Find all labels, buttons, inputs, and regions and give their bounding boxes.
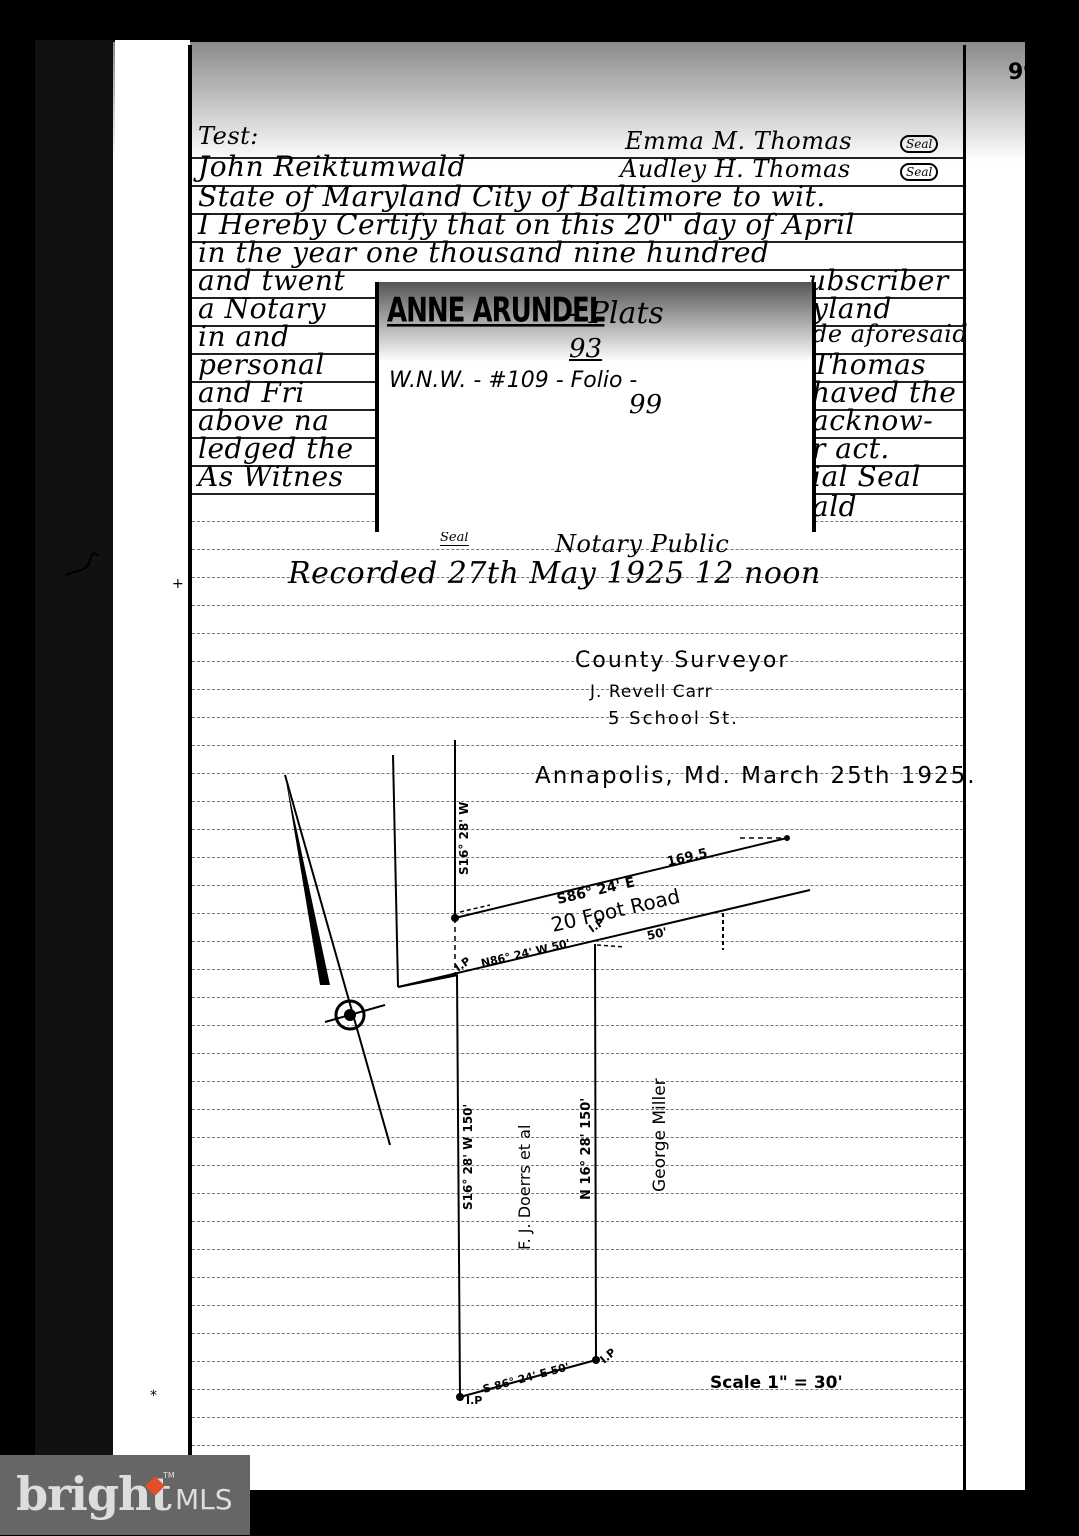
label-road-distance: 169.5 bbox=[666, 846, 709, 870]
margin-squiggle-mark bbox=[65, 553, 98, 575]
label-ip-3: I.P bbox=[598, 1346, 619, 1366]
margin-asterisk: * bbox=[150, 1388, 157, 1404]
north-arrow-icon bbox=[285, 775, 330, 985]
brand-trademark: TM bbox=[163, 1471, 175, 1480]
brand-suffix: MLS bbox=[175, 1483, 233, 1516]
margin-mark: + bbox=[172, 576, 184, 592]
label-east-side: N 16° 28' 150' bbox=[579, 1098, 594, 1200]
label-rear-bearing: S 86° 24' E 50' bbox=[481, 1360, 570, 1396]
label-owner: F. J. Doerrs et al bbox=[515, 1125, 534, 1250]
label-scale: Scale 1" = 30' bbox=[710, 1373, 843, 1393]
label-west-side: S16° 28' W 150' bbox=[461, 1104, 475, 1210]
plat-drawing: S16° 28' W S86° 24' E 169.5 20 Foot Road… bbox=[0, 0, 1079, 1536]
label-ip-4: I.P bbox=[466, 1394, 482, 1407]
label-north-line: S16° 28' W bbox=[457, 802, 471, 875]
label-front-bearing: N86° 24' W 50' bbox=[480, 937, 572, 970]
brand-name: bright bbox=[16, 1467, 171, 1521]
brightmls-watermark: bright TM MLS bbox=[0, 1455, 250, 1535]
label-neighbor: George Miller bbox=[650, 1078, 670, 1192]
